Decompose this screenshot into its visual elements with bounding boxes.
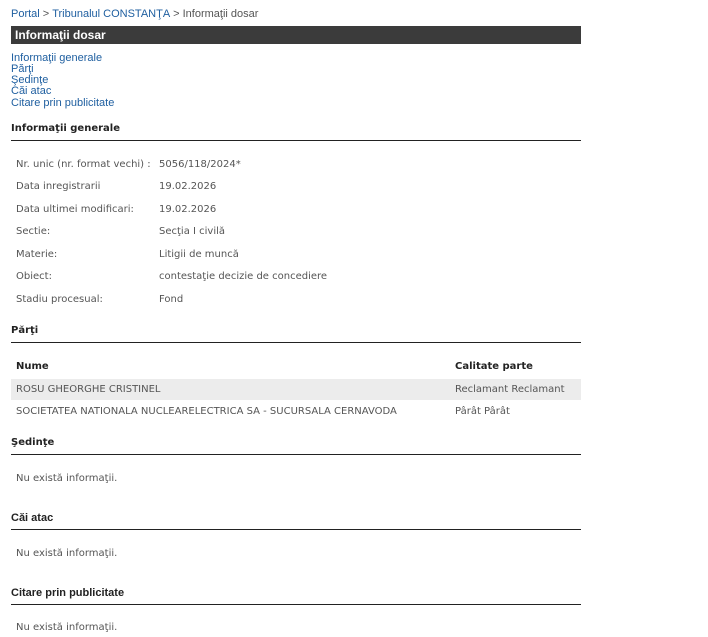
breadcrumb: Portal>Tribunalul CONSTANŢA>Informaţii d… [11, 8, 258, 20]
field-label: Materie: [16, 248, 57, 262]
field-value: 19.02.2026 [159, 180, 216, 194]
field-value: contestaţie decizie de concediere [159, 270, 327, 284]
column-header-calitate-parte: Calitate parte [455, 361, 533, 372]
empty-message-sedinte: Nu există informaţii. [16, 473, 117, 484]
party-role: Pârât Pârât [455, 401, 510, 422]
empty-message-citare: Nu există informaţii. [16, 622, 117, 633]
party-role: Reclamant Reclamant [455, 379, 565, 400]
section-heading-citare: Citare prin publicitate [11, 587, 581, 605]
page-title: Informaţii dosar [11, 26, 581, 44]
party-name: SOCIETATEA NATIONALA NUCLEARELECTRICA SA… [16, 401, 397, 422]
field-label: Sectie: [16, 225, 50, 239]
field-label: Data ultimei modificari: [16, 203, 134, 217]
breadcrumb-separator: > [173, 8, 179, 20]
empty-message-cai-atac: Nu există informaţii. [16, 548, 117, 559]
field-label: Data inregistrarii [16, 180, 100, 194]
field-value: Secţia I civilă [159, 225, 225, 239]
section-heading-informatii-generale: Informaţii generale [11, 123, 581, 141]
field-value: 19.02.2026 [159, 203, 216, 217]
section-heading-sedinte: Şedinţe [11, 437, 581, 455]
table-of-contents: Informaţii generale Părţi Şedinţe Căi at… [11, 53, 114, 109]
column-header-nume: Nume [16, 361, 49, 372]
toc-link-cai-atac[interactable]: Căi atac [11, 86, 114, 97]
table-row: ROSU GHEORGHE CRISTINELReclamant Reclama… [11, 379, 581, 400]
field-label: Obiect: [16, 270, 52, 284]
toc-link-citare[interactable]: Citare prin publicitate [11, 98, 114, 109]
party-name: ROSU GHEORGHE CRISTINEL [16, 379, 161, 400]
field-label: Stadiu procesual: [16, 293, 103, 307]
field-value: 5056/118/2024* [159, 158, 241, 172]
breadcrumb-current: Informaţii dosar [183, 8, 259, 20]
section-heading-parti: Părţi [11, 325, 581, 343]
field-value: Litigii de muncă [159, 248, 239, 262]
breadcrumb-tribunal[interactable]: Tribunalul CONSTANŢA [52, 8, 170, 20]
field-value: Fond [159, 293, 183, 307]
field-label: Nr. unic (nr. format vechi) : [16, 158, 151, 172]
table-row: SOCIETATEA NATIONALA NUCLEARELECTRICA SA… [11, 401, 581, 422]
breadcrumb-separator: > [43, 8, 49, 20]
breadcrumb-portal[interactable]: Portal [11, 8, 40, 20]
section-heading-cai-atac: Căi atac [11, 512, 581, 530]
